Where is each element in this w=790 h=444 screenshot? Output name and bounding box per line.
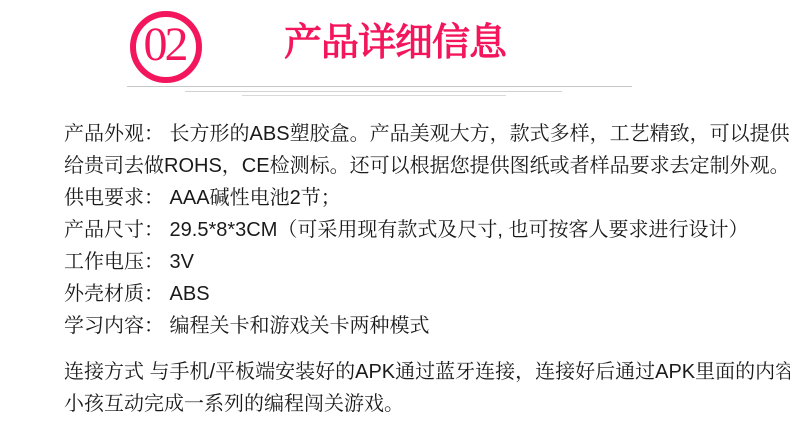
- section-title: 产品详细信息: [0, 21, 790, 65]
- divider-line-middle: [185, 91, 562, 92]
- connection-paragraph: 连接方式 与手机/平板端安装好的APK通过蓝牙连接，连接好后通过APK里面的内容…: [64, 356, 744, 420]
- connection-line-2: 小孩互动完成一系列的编程闯关游戏。: [64, 388, 744, 420]
- spec-line-power: 供电要求： AAA碱性电池2节；: [64, 182, 744, 214]
- spec-line-learning: 学习内容： 编程关卡和游戏关卡两种模式: [64, 310, 744, 342]
- spec-line-size: 产品尺寸： 29.5*8*3CM（可采用现有款式及尺寸, 也可按客人要求进行设计…: [64, 214, 744, 246]
- spec-line-appearance-2: 给贵司去做ROHS，CE检测标。还可以根据您提供图纸或者样品要求去定制外观。: [64, 150, 744, 182]
- product-specs-paragraph: 产品外观： 长方形的ABS塑胶盒。产品美观大方，款式多样，工艺精致，可以提供 给…: [64, 118, 744, 342]
- divider-line-top: [127, 86, 632, 87]
- spec-line-material: 外壳材质： ABS: [64, 278, 744, 310]
- divider-line-bottom: [242, 95, 506, 96]
- spec-line-voltage: 工作电压： 3V: [64, 246, 744, 278]
- connection-line-1: 连接方式 与手机/平板端安装好的APK通过蓝牙连接，连接好后通过APK里面的内容…: [64, 356, 744, 388]
- product-detail-section: 02 产品详细信息 产品外观： 长方形的ABS塑胶盒。产品美观大方，款式多样，工…: [0, 0, 790, 444]
- spec-line-appearance-1: 产品外观： 长方形的ABS塑胶盒。产品美观大方，款式多样，工艺精致，可以提供: [64, 118, 744, 150]
